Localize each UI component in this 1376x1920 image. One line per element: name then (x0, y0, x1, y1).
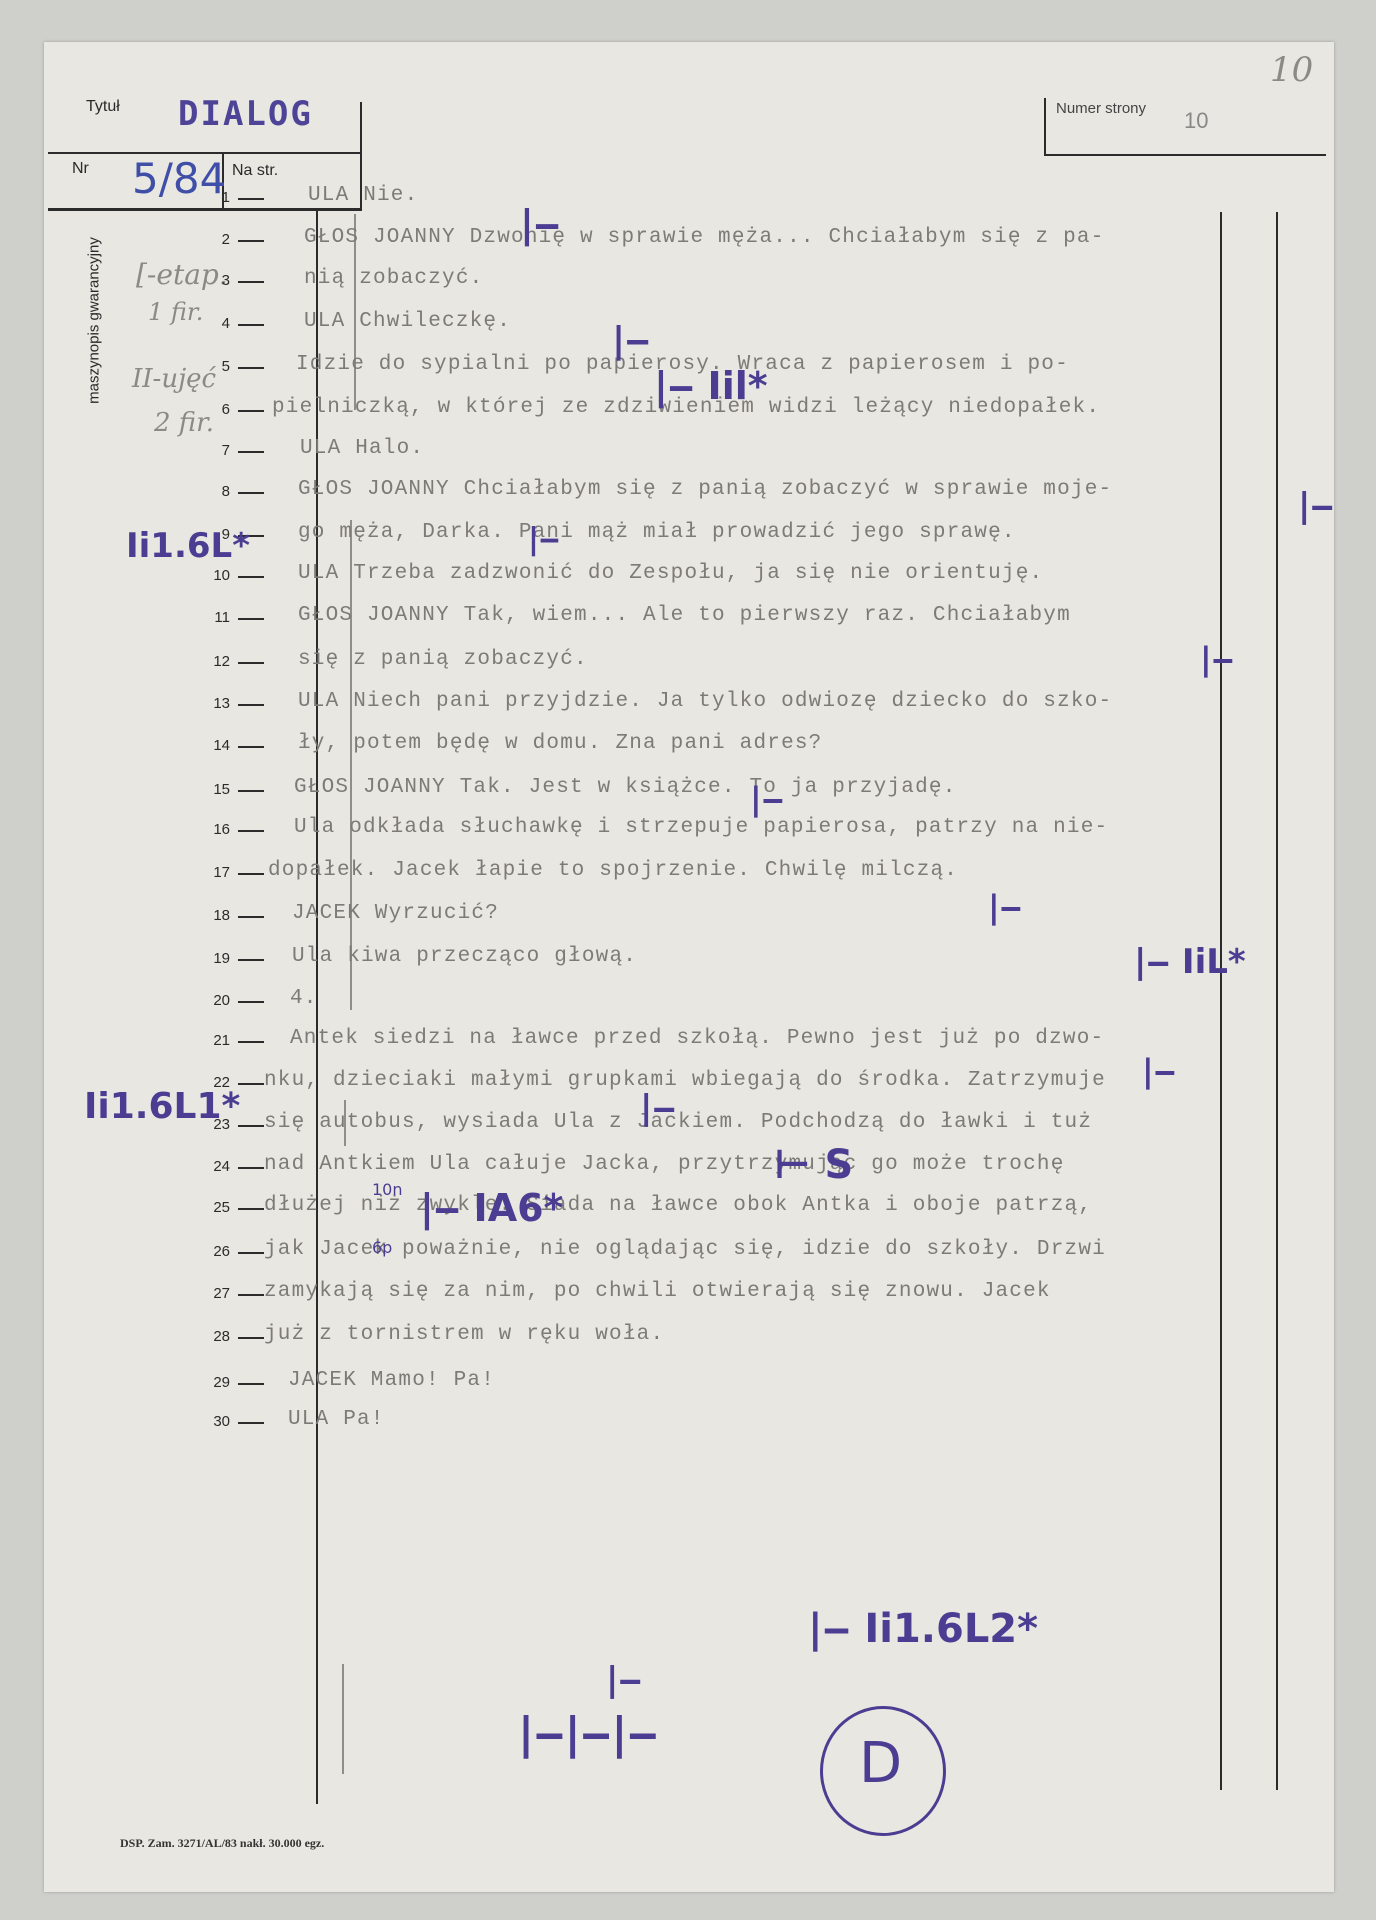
typed-line: GŁOS JOANNY Dzwonię w sprawie męża... Ch… (304, 226, 1105, 249)
line-tick (238, 959, 264, 961)
typed-line: GŁOS JOANNY Tak. Jest w książce. To ja p… (294, 776, 957, 799)
line-tick (238, 1125, 264, 1127)
pencil-note: 1 fir. (148, 298, 203, 326)
side-label: maszynopis gwarancyjny (86, 221, 103, 421)
typed-line: dopałek. Jacek łapie to spojrzenie. Chwi… (268, 859, 958, 882)
line-tick (238, 1383, 264, 1385)
pen-note: 10n (372, 1180, 403, 1199)
typed-line: GŁOS JOANNY Chciałabym się z panią zobac… (298, 478, 1112, 501)
line-tick (238, 367, 264, 369)
typescript-page: Tytuł DIALOG Nr 5/84 Na str. Numer stron… (44, 42, 1334, 1892)
pen-mark: |‒ (606, 1660, 642, 1700)
line-tick (238, 746, 264, 748)
line-number: 24 (204, 1158, 230, 1175)
line-tick (238, 1167, 264, 1169)
typed-line: ULA Chwileczkę. (304, 310, 511, 333)
pen-mark: |‒ IA6* (420, 1186, 563, 1230)
line-number: 27 (204, 1285, 230, 1302)
line-number: 15 (204, 781, 230, 798)
line-tick (238, 1294, 264, 1296)
line-tick (238, 790, 264, 792)
pen-mark: |‒ (1298, 486, 1334, 526)
pen-mark: |‒ (1142, 1052, 1176, 1090)
page-number-value: 10 (1184, 108, 1208, 134)
page-number-handwritten: 10 (1270, 50, 1313, 90)
pen-mark: |‒ (520, 202, 560, 246)
title-label: Tytuł (86, 98, 120, 116)
line-tick (238, 576, 264, 578)
line-number: 7 (204, 442, 230, 459)
right-margin-rule (1220, 212, 1222, 1790)
page-number-label: Numer strony (1056, 100, 1146, 117)
page-number-rule (1044, 154, 1326, 156)
pen-mark: |‒ (640, 1088, 676, 1128)
line-tick (238, 324, 264, 326)
na-str-label: Na str. (232, 162, 278, 180)
pen-mark: |‒ (988, 888, 1022, 926)
line-tick (238, 1208, 264, 1210)
line-number: 26 (204, 1243, 230, 1260)
line-number: 2 (204, 231, 230, 248)
line-number: 17 (204, 864, 230, 881)
line-tick (238, 1001, 264, 1003)
typed-line: Ula odkłada słuchawkę i strzepuje papier… (294, 816, 1108, 839)
pen-mark: |‒ Ii1.6L2* (808, 1606, 1038, 1652)
line-number: 14 (204, 737, 230, 754)
line-tick (238, 1422, 264, 1424)
right-margin-rule (1276, 212, 1278, 1790)
line-tick (238, 662, 264, 664)
pen-note: 6p (372, 1238, 392, 1257)
line-tick (238, 1083, 264, 1085)
line-tick (238, 873, 264, 875)
pen-mark: ⊢ S (774, 1142, 853, 1188)
line-tick (238, 240, 264, 242)
pen-mark: |‒ Iil* (654, 364, 768, 408)
line-tick (238, 1041, 264, 1043)
typed-line: JACEK Mamo! Pa! (288, 1369, 495, 1392)
pen-mark: |‒ (612, 320, 650, 361)
line-tick (238, 830, 264, 832)
line-tick (238, 451, 264, 453)
typed-line: go męża, Darka. Pani mąż miał prowadzić … (298, 521, 1016, 544)
line-tick (238, 618, 264, 620)
pen-mark: |‒ (750, 780, 784, 818)
pen-margin-code: Ii1.6L1* (84, 1086, 240, 1127)
pen-mark: |‒ (528, 522, 560, 557)
circled-letter-mark: D (820, 1706, 946, 1836)
line-number: 4 (204, 315, 230, 332)
line-tick (238, 281, 264, 283)
line-number: 16 (204, 821, 230, 838)
line-tick (238, 198, 264, 200)
line-number: 5 (204, 358, 230, 375)
circled-letter: D (859, 1731, 902, 1796)
pen-mark: |‒ (1200, 640, 1234, 678)
typed-line: ULA Pa! (288, 1408, 385, 1431)
typed-line: ULA Nie. (308, 184, 418, 207)
typed-line: ULA Trzeba zadzwonić do Zespołu, ja się … (298, 562, 1043, 585)
line-number: 8 (204, 483, 230, 500)
line-number: 25 (204, 1199, 230, 1216)
line-tick (238, 916, 264, 918)
pen-mark: |‒|‒|‒ (518, 1708, 658, 1759)
typed-line: ULA Halo. (300, 437, 424, 460)
line-number: 18 (204, 907, 230, 924)
typed-line: nad Antkiem Ula całuje Jacka, przytrzymu… (264, 1153, 1065, 1176)
dialogue-bar (342, 1664, 344, 1774)
typed-line: nku, dzieciaki małymi grupkami wbiegają … (264, 1069, 1106, 1092)
typed-line: zamykają się za nim, po chwili otwierają… (264, 1280, 1051, 1303)
pen-mark: |‒ IiL* (1134, 942, 1246, 982)
typed-line: JACEK Wyrzucić? (292, 902, 499, 925)
typed-line: się z panią zobaczyć. (298, 648, 588, 671)
line-number: 10 (204, 567, 230, 584)
typed-line: Ula kiwa przecząco głową. (292, 945, 637, 968)
dialogue-bar (350, 520, 352, 1010)
line-number: 6 (204, 401, 230, 418)
typed-line: nią zobaczyć. (304, 267, 483, 290)
typed-line: GŁOS JOANNY Tak, wiem... Ale to pierwszy… (298, 604, 1071, 627)
typed-line: ły, potem będę w domu. Zna pani adres? (298, 732, 822, 755)
line-number: 21 (204, 1032, 230, 1049)
typed-line: ULA Niech pani przyjdzie. Ja tylko odwio… (298, 690, 1112, 713)
typed-line: Antek siedzi na ławce przed szkołą. Pewn… (290, 1027, 1104, 1050)
line-tick (238, 410, 264, 412)
typed-line: 4. (290, 987, 318, 1010)
line-number: 11 (204, 609, 230, 626)
pen-margin-code: Ii1.6L* (126, 526, 250, 566)
line-tick (238, 704, 264, 706)
line-number: 30 (204, 1413, 230, 1430)
line-tick (238, 1337, 264, 1339)
line-number: 12 (204, 653, 230, 670)
typed-line: się autobus, wysiada Ula z Jackiem. Podc… (264, 1111, 1092, 1134)
line-number: 20 (204, 992, 230, 1009)
typed-line: już z tornistrem w ręku woła. (264, 1323, 664, 1346)
header-rule (48, 208, 362, 211)
line-number: 28 (204, 1328, 230, 1345)
line-tick (238, 1252, 264, 1254)
title-stamp: DIALOG (178, 94, 313, 134)
print-footer: DSP. Zam. 3271/AL/83 nakł. 30.000 egz. (120, 1836, 324, 1851)
page-number-border (1044, 98, 1046, 154)
line-number: 1 (204, 189, 230, 206)
nr-label: Nr (72, 160, 89, 178)
line-number: 13 (204, 695, 230, 712)
line-number: 19 (204, 950, 230, 967)
line-number: 3 (204, 272, 230, 289)
line-tick (238, 492, 264, 494)
line-number: 29 (204, 1374, 230, 1391)
